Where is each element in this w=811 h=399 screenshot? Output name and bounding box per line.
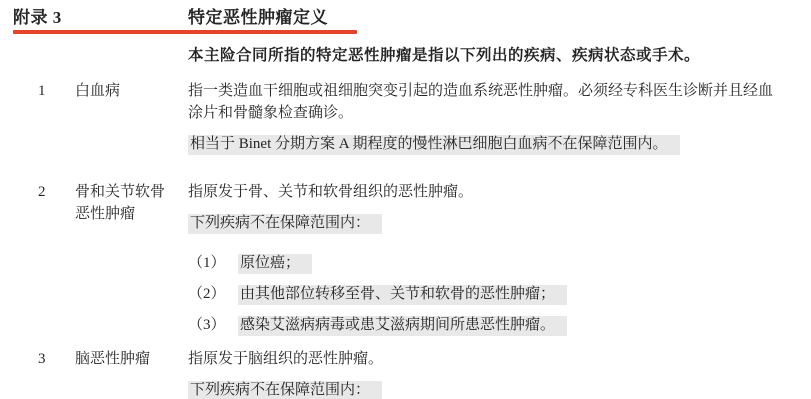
appendix-label: 附录 3 — [13, 8, 188, 28]
highlighted-text: 感染艾滋病病毒或患艾滋病期间所患恶性肿瘤。 — [238, 316, 567, 336]
subitem-text: 原位癌； — [238, 252, 312, 274]
item-term: 脑恶性肿瘤 — [75, 348, 170, 370]
subitem-text: 由其他部位转移至骨、关节和软骨的恶性肿瘤； — [238, 283, 567, 305]
subitem-row: （3）感染艾滋病病毒或患艾滋病期间所患恶性肿瘤。 — [188, 314, 773, 336]
item-row: 3脑恶性肿瘤指原发于脑组织的恶性肿瘤。下列疾病不在保障范围内： — [13, 348, 795, 399]
item-number: 2 — [38, 181, 75, 203]
subitem-marker: （3） — [188, 314, 238, 336]
subitem-row: （2）由其他部位转移至骨、关节和软骨的恶性肿瘤； — [188, 283, 773, 305]
subitem-row: （1）原位癌； — [188, 252, 773, 274]
item-content: 指原发于脑组织的恶性肿瘤。下列疾病不在保障范围内： — [188, 348, 773, 399]
item-number: 1 — [38, 80, 75, 102]
item-term: 骨和关节软骨恶性肿瘤 — [75, 181, 170, 225]
red-title-underline — [13, 30, 357, 34]
highlighted-paragraph: 下列疾病不在保障范围内： — [188, 379, 773, 399]
subitem-marker: （1） — [188, 252, 238, 274]
highlighted-paragraph: 下列疾病不在保障范围内： — [188, 212, 773, 234]
header-row: 附录 3 特定恶性肿瘤定义 — [13, 8, 795, 28]
page-title: 特定恶性肿瘤定义 — [188, 8, 328, 28]
highlighted-text: 相当于 Binet 分期方案 A 期程度的慢性淋巴细胞白血病不在保障范围内。 — [188, 135, 680, 155]
item-content: 指一类造血干细胞或祖细胞突变引起的造血系统恶性肿瘤。必须经专科医生诊断并且经血涂… — [188, 80, 773, 155]
definition-paragraph: 指一类造血干细胞或祖细胞突变引起的造血系统恶性肿瘤。必须经专科医生诊断并且经血涂… — [188, 80, 773, 124]
item-content: 指原发于骨、关节和软骨组织的恶性肿瘤。下列疾病不在保障范围内：（1）原位癌；（2… — [188, 181, 773, 336]
definition-items: 1白血病指一类造血干细胞或祖细胞突变引起的造血系统恶性肿瘤。必须经专科医生诊断并… — [13, 80, 795, 399]
subitem-marker: （2） — [188, 283, 238, 305]
highlighted-text: 由其他部位转移至骨、关节和软骨的恶性肿瘤； — [238, 285, 567, 305]
item-number: 3 — [38, 348, 75, 370]
definition-paragraph: 指原发于骨、关节和软骨组织的恶性肿瘤。 — [188, 181, 773, 203]
highlighted-text: 下列疾病不在保障范围内： — [188, 381, 382, 399]
highlighted-paragraph: 相当于 Binet 分期方案 A 期程度的慢性淋巴细胞白血病不在保障范围内。 — [188, 133, 773, 155]
intro-paragraph: 本主险合同所指的特定恶性肿瘤是指以下列出的疾病、疾病状态或手术。 — [188, 45, 795, 66]
item-term: 白血病 — [75, 80, 170, 102]
appendix-document-page: 附录 3 特定恶性肿瘤定义 本主险合同所指的特定恶性肿瘤是指以下列出的疾病、疾病… — [0, 0, 811, 399]
highlighted-text: 下列疾病不在保障范围内： — [188, 214, 382, 234]
subitem-text: 感染艾滋病病毒或患艾滋病期间所患恶性肿瘤。 — [238, 314, 567, 336]
highlighted-text: 原位癌； — [238, 254, 312, 274]
definition-paragraph: 指原发于脑组织的恶性肿瘤。 — [188, 348, 773, 370]
item-row: 2骨和关节软骨恶性肿瘤指原发于骨、关节和软骨组织的恶性肿瘤。下列疾病不在保障范围… — [13, 181, 795, 336]
item-row: 1白血病指一类造血干细胞或祖细胞突变引起的造血系统恶性肿瘤。必须经专科医生诊断并… — [13, 80, 795, 155]
